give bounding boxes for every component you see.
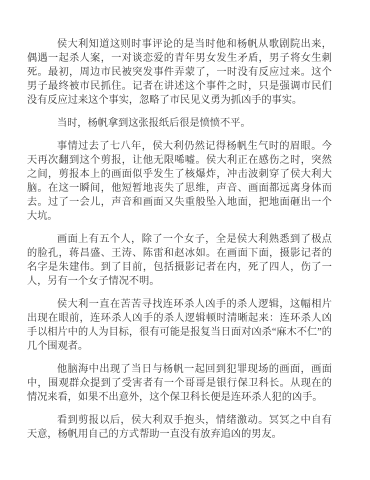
paragraph-2: 当时，杨帆拿到这张报纸后很是愤愤不平。 (27, 117, 332, 131)
paragraph-6: 他脑海中出现了当日与杨帆一起回到犯罪现场的画面，画面中，围观群众提到了受害者有一… (27, 363, 332, 405)
paragraph-5: 侯大利一直在苦苦寻找连环杀人凶手的杀人逻辑，这幅相片出现在眼前，连环杀人凶手的杀… (27, 298, 332, 354)
paragraph-4: 画面上有五个人，除了一个女子，全是侯大利熟悉到了极点的脸孔，蒋昌盛、王涛、陈雷和… (27, 233, 332, 289)
document-page: 侯大利知道这则时事评论的是当时他和杨帆从歌剧院出来，偶遇一起杀人案，一对谈恋爱的… (0, 0, 370, 480)
paragraph-3: 事情过去了七八年，侯大利仍然记得杨帆生气时的眉眼。今天再次翻到这个剪报，让他无限… (27, 140, 332, 224)
paragraph-1: 侯大利知道这则时事评论的是当时他和杨帆从歌剧院出来，偶遇一起杀人案，一对谈恋爱的… (27, 38, 332, 108)
paragraph-7: 看到剪报以后，侯大利双手抱头，情绪激动。冥冥之中自有天意，杨帆用自己的方式帮助一… (27, 414, 332, 442)
